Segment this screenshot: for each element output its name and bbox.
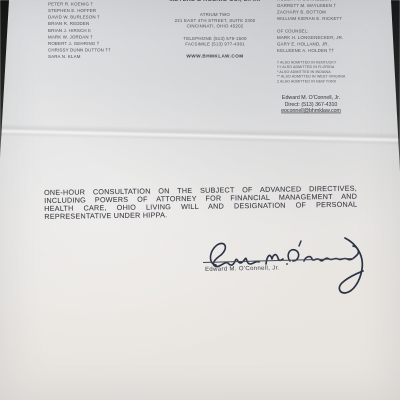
document-photo: PETER R. KOENIG † STEPHEN E. HOFFER DAVI… (0, 0, 400, 400)
letterhead-attorneys-left: PETER R. KOENIG † STEPHEN E. HOFFER DAVI… (48, 1, 131, 60)
attorney-name: SARA N. KLAM (48, 54, 131, 61)
letterhead-attorneys-right: ROBERT J. DONNELLON GARRETT M. MAYLEBEN … (277, 0, 371, 84)
signature-image (196, 231, 374, 299)
of-counsel-name: KELLEENE A. HOLDEN †† (277, 48, 371, 55)
attorney-name: ZACHARY B. BOTTOM (277, 9, 371, 16)
website-line: WWW.BHMKLAW.COM (149, 53, 281, 59)
letterhead-center-block: MEYERS & KOENIG CO., L.P.A. ATRIUM TWO 2… (149, 0, 281, 59)
attorney-name: DAVID W. BURLESON † (48, 14, 131, 21)
body-paragraph: ONE-HOUR CONSULTATION ON THE SUBJECT OF … (44, 185, 357, 222)
attorney-name: CHRISSY DUNN DUTTON †† (48, 47, 131, 54)
attorney-contact-block: Edward M. O'Connell, Jr. Direct: (513) 3… (261, 94, 360, 114)
facsimile-line: FACSIMILE (513) 977-4361 (149, 42, 281, 48)
attorney-name: WILLIAM KIERAN E. RICKETT (277, 16, 371, 23)
attorney-contact-email: eoconnell@bhmklaw.com (261, 107, 360, 114)
address-line: CINCINNATI, OHIO 45202 (149, 24, 281, 30)
bar-admission-note: ‡ ALSO ADMITTED IN NEW YORK (277, 79, 371, 84)
of-counsel-label: OF COUNSEL: (277, 28, 371, 35)
firm-name-partial: MEYERS & KOENIG CO., L.P.A. (149, 0, 281, 3)
attorney-name: BRIAN J. HIRSCH II (48, 27, 131, 34)
